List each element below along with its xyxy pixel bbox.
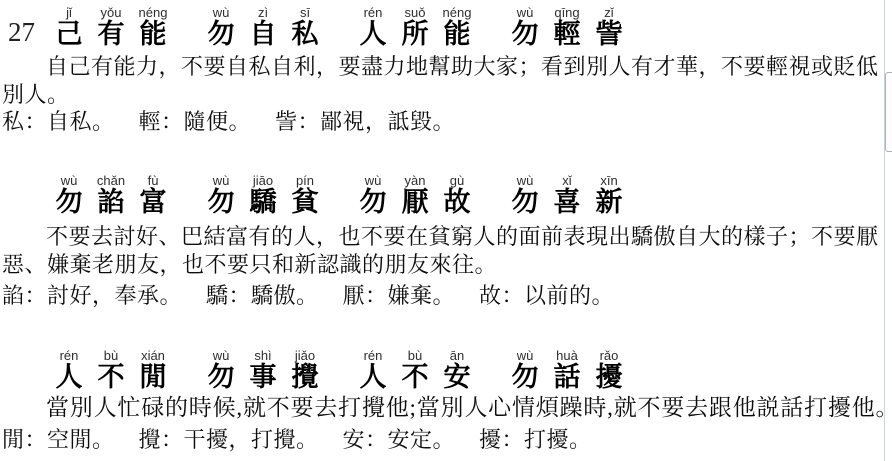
verse-character: yàn厭 (394, 174, 436, 216)
pinyin-label: pín (284, 174, 326, 188)
verse-character: wù勿 (200, 6, 242, 48)
glossary-entry: 驕：驕傲。 (206, 283, 319, 308)
verse-character: rén人 (48, 349, 90, 391)
verse-character: zì自 (242, 6, 284, 48)
glossary-entry: 故：以前的。 (479, 283, 614, 308)
hanzi-character: 安 (436, 363, 478, 391)
verse-group: rén人bù不ān安 (352, 349, 478, 391)
verse-character: xǐ喜 (546, 174, 588, 216)
verse-line-1: jǐ己yǒu有néng能wù勿zì自sī私rén人suǒ所néng能wù勿qīn… (48, 6, 656, 48)
verse-group: rén人suǒ所néng能 (352, 6, 478, 48)
verse-group: wù勿shì事jiǎo攪 (200, 349, 326, 391)
verse-group: wù勿yàn厭gù故 (352, 174, 478, 216)
verse-character: rǎo擾 (588, 349, 630, 391)
hanzi-character: 訾 (588, 20, 630, 48)
explanation-paragraph-1: 自己有能力，不要自私自利，要盡力地幫助大家；看到別人有才華，不要輕視或貶低別人。 (2, 53, 879, 109)
glossary-entry: 安：安定。 (343, 427, 456, 452)
pinyin-label: shì (242, 349, 284, 363)
pinyin-label: rén (352, 6, 394, 20)
hanzi-character: 驕 (242, 188, 284, 216)
glossary-entry: 閒：空閒。 (2, 427, 115, 452)
hanzi-character: 勿 (504, 188, 546, 216)
pinyin-label: wù (48, 174, 90, 188)
pinyin-label: bù (90, 349, 132, 363)
hanzi-character: 私 (284, 20, 326, 48)
pinyin-label: xián (132, 349, 174, 363)
hanzi-character: 人 (48, 363, 90, 391)
verse-line-2: wù勿chǎn諂fù富wù勿jiāo驕pín貧wù勿yàn厭gù故wù勿xǐ喜x… (48, 174, 656, 216)
pinyin-label: xǐ (546, 174, 588, 188)
verse-group: jǐ己yǒu有néng能 (48, 6, 174, 48)
verse-character: bù不 (394, 349, 436, 391)
hanzi-character: 勿 (200, 20, 242, 48)
pinyin-label: fù (132, 174, 174, 188)
hanzi-character: 故 (436, 188, 478, 216)
verse-character: wù勿 (200, 349, 242, 391)
verse-character: jiǎo攪 (284, 349, 326, 391)
verse-group: wù勿qīng輕zǐ訾 (504, 6, 630, 48)
glossary-entry: 攪：干擾，打攪。 (139, 427, 319, 452)
hanzi-character: 人 (352, 20, 394, 48)
explanation-text-line: 別人。 (2, 81, 879, 109)
verse-character: bù不 (90, 349, 132, 391)
hanzi-character: 人 (352, 363, 394, 391)
verse-character: wù勿 (352, 174, 394, 216)
pinyin-label: yǒu (90, 6, 132, 20)
pinyin-label: ān (436, 349, 478, 363)
pinyin-label: yàn (394, 174, 436, 188)
verse-character: huà話 (546, 349, 588, 391)
hanzi-character: 能 (436, 20, 478, 48)
pinyin-label: bù (394, 349, 436, 363)
glossary-entry: 輕：隨便。 (139, 109, 252, 134)
hanzi-character: 輕 (546, 20, 588, 48)
hanzi-character: 所 (394, 20, 436, 48)
verse-character: yǒu有 (90, 6, 132, 48)
hanzi-character: 事 (242, 363, 284, 391)
pinyin-label: jiāo (242, 174, 284, 188)
scrollbar-track[interactable] (884, 0, 885, 461)
pinyin-label: xīn (588, 174, 630, 188)
verse-character: xián閒 (132, 349, 174, 391)
pinyin-label: wù (504, 174, 546, 188)
verse-character: pín貧 (284, 174, 326, 216)
glossary-line-3: 閒：空閒。攪：干擾，打攪。安：安定。擾：打擾。 (2, 427, 616, 453)
verse-character: néng能 (436, 6, 478, 48)
pinyin-label: rén (48, 349, 90, 363)
hanzi-character: 自 (242, 20, 284, 48)
pinyin-label: wù (352, 174, 394, 188)
pinyin-label: wù (504, 6, 546, 20)
verse-character: wù勿 (504, 6, 546, 48)
verse-character: shì事 (242, 349, 284, 391)
explanation-text-line: 當別人忙碌的時候,就不要去打攪他;當別人心情煩躁時,就不要去跟他説話打擾他。 (2, 394, 892, 422)
pinyin-label: wù (200, 174, 242, 188)
verse-character: wù勿 (504, 174, 546, 216)
pinyin-label: wù (200, 349, 242, 363)
glossary-entry: 訾：鄙視，詆毀。 (275, 109, 455, 134)
verse-character: zǐ訾 (588, 6, 630, 48)
verse-group: wù勿jiāo驕pín貧 (200, 174, 326, 216)
verse-character: rén人 (352, 349, 394, 391)
verse-character: néng能 (132, 6, 174, 48)
hanzi-character: 不 (394, 363, 436, 391)
verse-line-3: rén人bù不xián閒wù勿shì事jiǎo攪rén人bù不ān安wù勿huà… (48, 349, 656, 391)
glossary-entry: 諂：討好，奉承。 (2, 283, 182, 308)
hanzi-character: 閒 (132, 363, 174, 391)
pinyin-label: jiǎo (284, 349, 326, 363)
glossary-line-1: 私：自私。輕：隨便。訾：鄙視，詆毀。 (2, 109, 479, 135)
hanzi-character: 勿 (200, 188, 242, 216)
hanzi-character: 勿 (504, 363, 546, 391)
hanzi-character: 勿 (48, 188, 90, 216)
pinyin-label: suǒ (394, 6, 436, 20)
hanzi-character: 勿 (200, 363, 242, 391)
hanzi-character: 厭 (394, 188, 436, 216)
pinyin-label: néng (436, 6, 478, 20)
hanzi-character: 話 (546, 363, 588, 391)
verse-character: suǒ所 (394, 6, 436, 48)
explanation-text-line: 不要去討好、巴結富有的人，也不要在貧窮人的面前表現出驕傲自大的樣子；不要厭 (2, 223, 879, 251)
pinyin-label: zì (242, 6, 284, 20)
hanzi-character: 己 (48, 20, 90, 48)
verse-group: wù勿chǎn諂fù富 (48, 174, 174, 216)
pinyin-label: rǎo (588, 349, 630, 363)
hanzi-character: 不 (90, 363, 132, 391)
verse-character: rén人 (352, 6, 394, 48)
verse-group: wù勿zì自sī私 (200, 6, 326, 48)
pinyin-label: néng (132, 6, 174, 20)
hanzi-character: 擾 (588, 363, 630, 391)
verse-character: fù富 (132, 174, 174, 216)
verse-character: xīn新 (588, 174, 630, 216)
glossary-entry: 厭：嫌棄。 (343, 283, 456, 308)
explanation-text-line: 自己有能力，不要自私自利，要盡力地幫助大家；看到別人有才華，不要輕視或貶低 (2, 53, 879, 81)
verse-character: wù勿 (504, 349, 546, 391)
pinyin-label: sī (284, 6, 326, 20)
explanation-text-line: 惡、嫌棄老朋友，也不要只和新認識的朋友來往。 (2, 251, 879, 279)
hanzi-character: 勿 (352, 188, 394, 216)
verse-character: ān安 (436, 349, 478, 391)
verse-character: sī私 (284, 6, 326, 48)
pinyin-label: gù (436, 174, 478, 188)
pinyin-label: wù (200, 6, 242, 20)
verse-character: gù故 (436, 174, 478, 216)
pinyin-label: jǐ (48, 6, 90, 20)
lesson-number: 27 (8, 16, 35, 48)
pinyin-label: chǎn (90, 174, 132, 188)
verse-group: wù勿huà話rǎo擾 (504, 349, 630, 391)
hanzi-character: 喜 (546, 188, 588, 216)
verse-character: wù勿 (48, 174, 90, 216)
verse-group: wù勿xǐ喜xīn新 (504, 174, 630, 216)
hanzi-character: 勿 (504, 20, 546, 48)
hanzi-character: 諂 (90, 188, 132, 216)
glossary-entry: 擾：打擾。 (479, 427, 592, 452)
verse-character: wù勿 (200, 174, 242, 216)
hanzi-character: 攪 (284, 363, 326, 391)
pinyin-label: qīng (546, 6, 588, 20)
hanzi-character: 貧 (284, 188, 326, 216)
hanzi-character: 新 (588, 188, 630, 216)
pinyin-label: rén (352, 349, 394, 363)
verse-character: qīng輕 (546, 6, 588, 48)
hanzi-character: 富 (132, 188, 174, 216)
explanation-paragraph-3: 當別人忙碌的時候,就不要去打攪他;當別人心情煩躁時,就不要去跟他説話打擾他。 (2, 394, 892, 422)
glossary-entry: 私：自私。 (2, 109, 115, 134)
verse-character: jiāo驕 (242, 174, 284, 216)
explanation-paragraph-2: 不要去討好、巴結富有的人，也不要在貧窮人的面前表現出驕傲自大的樣子；不要厭惡、嫌… (2, 223, 879, 279)
scrollbar-thumb[interactable] (885, 72, 892, 152)
verse-group: rén人bù不xián閒 (48, 349, 174, 391)
hanzi-character: 能 (132, 20, 174, 48)
glossary-line-2: 諂：討好，奉承。驕：驕傲。厭：嫌棄。故：以前的。 (2, 283, 638, 309)
pinyin-label: wù (504, 349, 546, 363)
verse-character: chǎn諂 (90, 174, 132, 216)
hanzi-character: 有 (90, 20, 132, 48)
pinyin-label: zǐ (588, 6, 630, 20)
pinyin-label: huà (546, 349, 588, 363)
verse-character: jǐ己 (48, 6, 90, 48)
